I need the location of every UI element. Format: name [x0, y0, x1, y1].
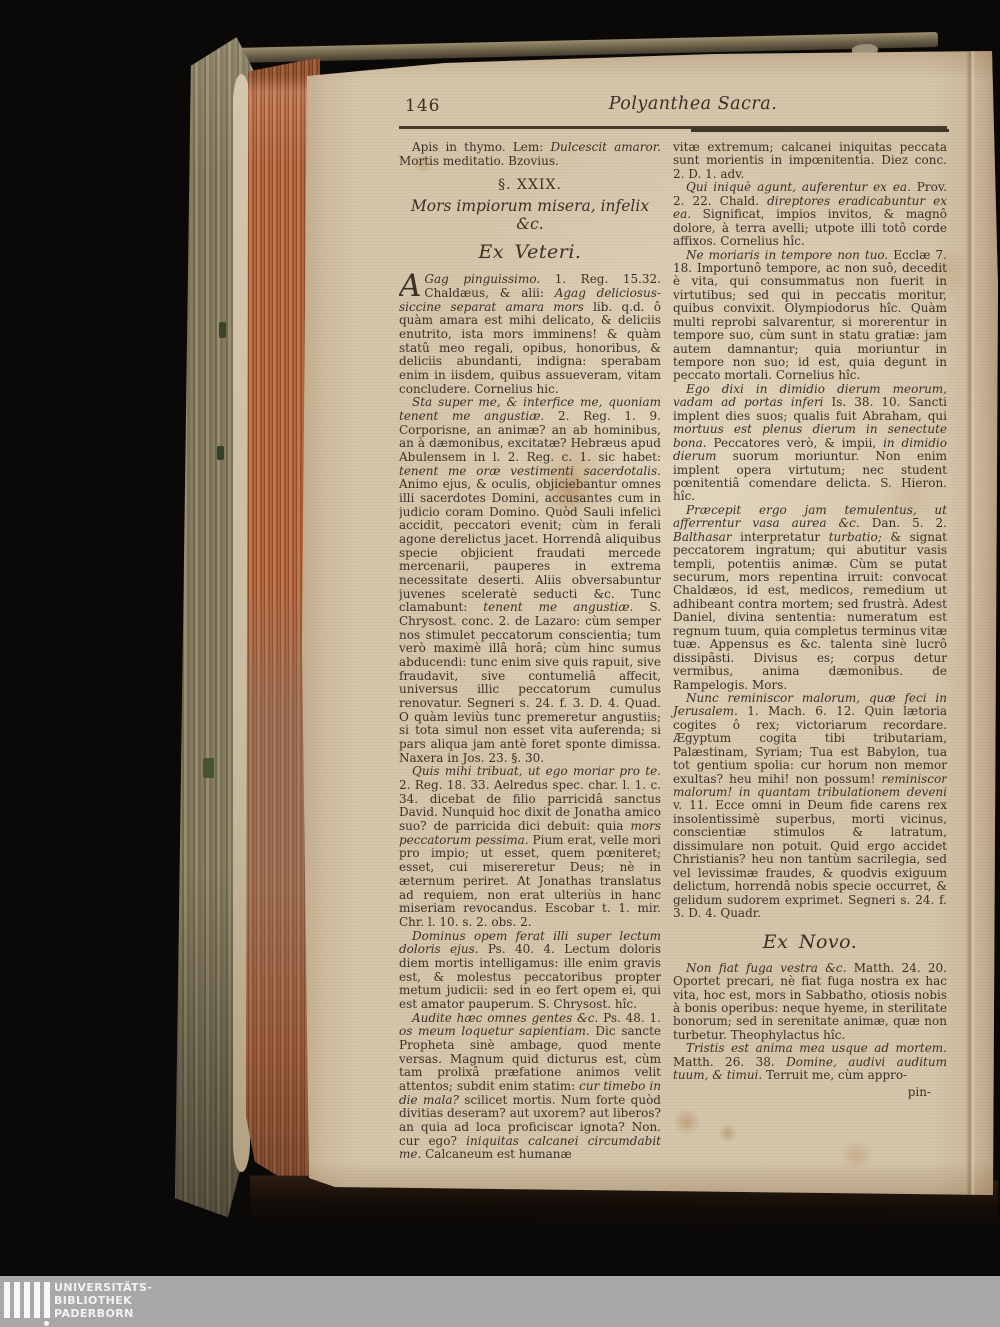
text-segment: & signat peccatorem ingratum; qui abutit…: [673, 530, 947, 692]
text-segment: Non fiat fuga vestra &c.: [686, 961, 846, 975]
section-title: Mors impiorum misera, infelix &c.: [399, 198, 661, 233]
text-segment: Peccatores verò, & impii,: [707, 436, 883, 450]
text-segment: vitæ extremum; calcanei iniquitas peccat…: [673, 141, 947, 181]
library-banner: UNIVERSITÄTS- BIBLIOTHEK PADERBORN: [0, 1276, 1000, 1327]
paragraph: Præcepit ergo jam temulentus, ut afferre…: [673, 504, 947, 692]
drop-cap: A: [399, 274, 421, 299]
bookmark-tab: [217, 446, 224, 460]
text-segment: Matth. 26. 38.: [673, 1055, 786, 1069]
text-segment: Calcaneum est humanæ: [421, 1147, 572, 1161]
library-name-line: UNIVERSITÄTS-: [54, 1281, 152, 1294]
catchword: pin-: [673, 1086, 947, 1099]
text-segment: Significat, impios invitos, & magnô dolo…: [673, 207, 947, 248]
paragraph: Ego dixi in dimidio dierum meorum, vadam…: [673, 383, 947, 504]
printed-content: 146 Polyanthea Sacra. Apis in thymo. Lem…: [399, 94, 947, 1197]
header-rule-line: [691, 129, 949, 132]
text-segment: Mortis meditatio. Bzovius.: [399, 154, 559, 168]
text-segment: Ecclæ 7. 18. Importunô tempore, ac non s…: [673, 248, 947, 383]
logo-bar: [14, 1282, 20, 1318]
running-title: Polyanthea Sacra.: [399, 94, 947, 114]
text-segment: Quis mihi tribuat, ut ego moriar pro te.: [412, 764, 661, 778]
header-rule: [399, 126, 947, 133]
paragraph: Non fiat fuga vestra &c. Matth. 24. 20. …: [673, 962, 947, 1043]
paragraph: Dominus opem ferat illi super lectum dol…: [399, 930, 661, 1012]
paragraph: Apis in thymo. Lem: Dulcescit amaror. Mo…: [399, 141, 661, 168]
text-segment: v. 11. Ecce omni in Deum fide carens rex…: [673, 798, 947, 920]
paragraph: Qui iniquè agunt, auferentur ex ea. Prov…: [673, 181, 947, 248]
text-segment: os meum loquetur sapientiam.: [399, 1024, 590, 1038]
logo-bar: [24, 1282, 30, 1318]
folio-number: 146: [405, 96, 440, 116]
text-segment: Qui iniquè agunt, auferentur ex ea.: [686, 180, 911, 194]
text-segment: Animo ejus, & oculis, objiciebantur omne…: [399, 477, 661, 614]
text-segment: tenent me angustiæ.: [483, 600, 633, 614]
ub-paderborn-logo-icon: [4, 1282, 50, 1318]
paragraph: Nunc reminiscor malorum, quæ feci in Jer…: [673, 692, 947, 920]
page-header: 146 Polyanthea Sacra.: [399, 94, 947, 124]
page-fold-line: [966, 46, 975, 1202]
heading-ex-veteri: Ex Veteri.: [399, 242, 661, 264]
right-column: vitæ extremum; calcanei iniquitas peccat…: [673, 141, 947, 1197]
text-segment: 2. Reg. 18. 33. Aelredus spec. char. l. …: [399, 778, 661, 833]
logo-bar: [4, 1282, 10, 1318]
paragraph: Tristis est anima mea usque ad mortem. M…: [673, 1042, 947, 1082]
text-segment: Apis in thymo. Lem:: [412, 141, 550, 154]
paragraph: Audite hæc omnes gentes &c. Ps. 48. 1. o…: [399, 1012, 661, 1162]
text-segment: Pium erat, velle mori pro impio; ut esse…: [399, 833, 661, 929]
bookmark-tab: [219, 322, 226, 338]
text-segment: turbatio;: [829, 530, 882, 544]
logo-bar: [34, 1282, 40, 1318]
text-segment: Ne moriaris in tempore non tuo.: [686, 248, 888, 262]
text-segment: Ps. 48. 1.: [598, 1011, 661, 1025]
text-segment: tenent me oræ vestimenti sacerdotalis.: [399, 464, 661, 478]
logo-bar: [44, 1282, 50, 1318]
text-segment: Audite hæc omnes gentes &c.: [412, 1011, 598, 1025]
text-segment: lib. q.d. ô quàm amara est mihi delicato…: [399, 300, 661, 396]
logo-dot: [44, 1321, 49, 1326]
text-segment: Dan. 5. 2.: [860, 516, 947, 530]
text-segment: S. Chrysost. conc. 2. de Lazaro: cùm sem…: [399, 600, 661, 764]
paragraph: Quis mihi tribuat, ut ego moriar pro te.…: [399, 765, 661, 929]
text-segment: Dulcescit amaror.: [550, 141, 661, 154]
library-name: UNIVERSITÄTS- BIBLIOTHEK PADERBORN: [54, 1281, 152, 1320]
library-name-line: BIBLIOTHEK: [54, 1294, 152, 1307]
paragraph: Ne moriaris in tempore non tuo. Ecclæ 7.…: [673, 249, 947, 383]
paragraph: Sta super me, & interfice me, quoniam te…: [399, 396, 661, 765]
text-segment: Balthasar: [673, 530, 732, 544]
text-segment: Gag pinguissimo.: [424, 272, 540, 286]
text-columns: Apis in thymo. Lem: Dulcescit amaror. Mo…: [399, 141, 947, 1197]
heading-ex-novo: Ex Novo.: [673, 932, 947, 953]
text-segment: Terruit me, cùm appro-: [762, 1068, 907, 1082]
text-segment: Tristis est anima mea usque ad mortem.: [686, 1041, 947, 1055]
section-mark: §. XXIX.: [399, 178, 661, 194]
left-column: Apis in thymo. Lem: Dulcescit amaror. Mo…: [399, 141, 661, 1197]
bookmark-tab: [203, 758, 214, 778]
library-name-line: PADERBORN: [54, 1307, 152, 1320]
paragraph: AGag pinguissimo. 1. Reg. 15.32. Chaldæu…: [399, 273, 661, 396]
text-segment: interpretatur: [732, 530, 829, 544]
paragraph: vitæ extremum; calcanei iniquitas peccat…: [673, 141, 947, 181]
book-page: 146 Polyanthea Sacra. Apis in thymo. Lem…: [295, 46, 1000, 1202]
paragraph-text: Gag pinguissimo. 1. Reg. 15.32. Chaldæus…: [399, 272, 661, 395]
